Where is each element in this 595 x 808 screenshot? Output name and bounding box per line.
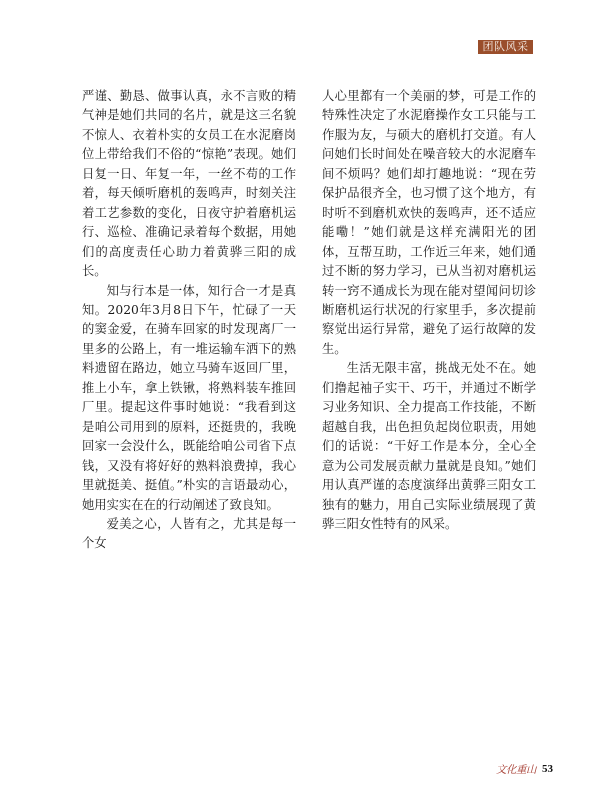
article-right-column: 人心里都有一个美丽的梦，可是工作的特殊性决定了水泥磨操作女工只能与工作服为友，与… (322, 87, 536, 534)
paragraph: 生活无限丰富，挑战无处不在。她们撸起袖子实干、巧干，并通过不断学习业务知识、全力… (322, 359, 536, 534)
article-left-column: 严谨、勤恳、做事认真，永不言败的精气神是她们共同的名片，就是这三名貌不惊人、衣着… (82, 87, 296, 554)
page-footer: 文化重山 53 (496, 761, 553, 777)
page-number: 53 (542, 763, 553, 775)
magazine-logo: 文化重山 (496, 762, 536, 777)
paragraph: 爱美之心，人皆有之，尤其是每一个女 (82, 515, 296, 554)
paragraph: 知与行本是一体，知行合一才是真知。2020年3月8日下午，忙碌了一天的窦金爱，在… (82, 282, 296, 515)
section-tag: 团队风采 (478, 40, 533, 54)
paragraph: 严谨、勤恳、做事认真，永不言败的精气神是她们共同的名片，就是这三名貌不惊人、衣着… (82, 87, 296, 282)
paragraph: 人心里都有一个美丽的梦，可是工作的特殊性决定了水泥磨操作女工只能与工作服为友，与… (322, 87, 536, 359)
